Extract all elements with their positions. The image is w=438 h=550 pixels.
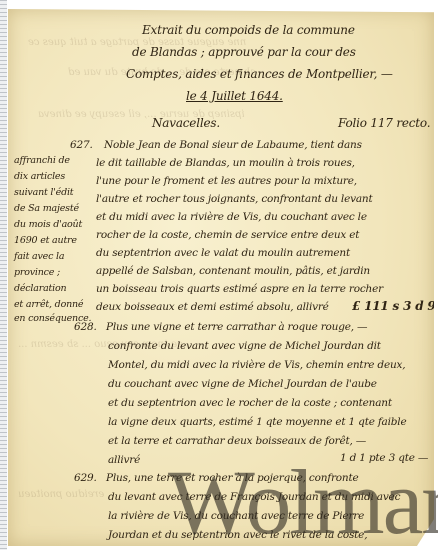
entry-line: Montel, du midi avec la rivière de Vis, … — [108, 359, 405, 371]
entry-number: 627. — [70, 139, 93, 151]
entry-number: 628. — [74, 321, 97, 333]
header-date: le 4 Juillet 1644. — [186, 89, 283, 103]
entry-line: Noble Jean de Bonal sieur de Labaume, ti… — [104, 139, 362, 151]
entry-line: et du midi avec la rivière de Vis, du co… — [96, 211, 367, 223]
margin-note-line: affranchi de — [14, 155, 70, 166]
entry-line: le dit taillable de Blandas, un moulin à… — [96, 157, 355, 169]
entry-line: Plus une vigne et terre carrathar à roqu… — [106, 321, 367, 333]
entry-line: et la terre et carrathar deux boisseaux … — [108, 435, 366, 447]
header-line: Comptes, aides et finances de Montpellie… — [126, 67, 393, 81]
entry-line: deux boisseaux et demi estimé absolu, al… — [96, 301, 329, 313]
margin-note-line: suivant l'édit — [14, 187, 73, 198]
place-name: Navacelles. — [152, 116, 220, 130]
margin-note-line: dix articles — [14, 171, 65, 182]
margin-note-line: et arrêt, donné — [14, 299, 83, 310]
margin-note-line: de Sa majesté — [14, 203, 79, 214]
entry-line: confronte du levant avec vigne de Michel… — [108, 340, 381, 352]
folio-reference: Folio 117 recto. — [338, 116, 430, 130]
margin-note-line: province ; — [14, 267, 60, 278]
entry-line: et du septentrion avec le rocher de la c… — [108, 397, 392, 409]
entry-line: allivré — [108, 454, 140, 466]
bleed-through-text: ereiduo pnoitaeu — [18, 489, 104, 500]
entry-line: rocher de la coste, chemin de service en… — [96, 229, 359, 241]
entry-line: du couchant avec vigne de Michel Jourdan… — [108, 378, 377, 390]
header-line: Extrait du compoids de la commune — [142, 23, 355, 37]
allivrement-value: £ 111 s 3 d 9 — [352, 299, 436, 313]
entry-number: 629. — [74, 472, 97, 484]
entry-line: l'une pour le froment et les autres pour… — [96, 175, 357, 187]
scan-ruler — [0, 0, 7, 550]
margin-note-line: du mois d'août — [14, 219, 82, 230]
entry-line: du septentrion avec le valat du moulin a… — [96, 247, 350, 259]
entry-line: appellé de Salsban, contenant moulin, pâ… — [96, 265, 370, 277]
entry-line: la vigne deux quarts, estimé 1 qte moyen… — [108, 416, 406, 428]
margin-note-line: déclaration — [14, 283, 66, 294]
entry-line: un boisseau trois quarts estimé aspre en… — [96, 283, 383, 295]
entry-line: l'autre et rocher tous joignants, confro… — [96, 193, 372, 205]
margin-note-line: 1690 et autre — [14, 235, 77, 246]
watermark: Wolmar — [168, 456, 438, 548]
margin-note-line: fait avec la — [14, 251, 64, 262]
header-line: de Blandas ; approuvé par la cour des — [132, 45, 356, 59]
